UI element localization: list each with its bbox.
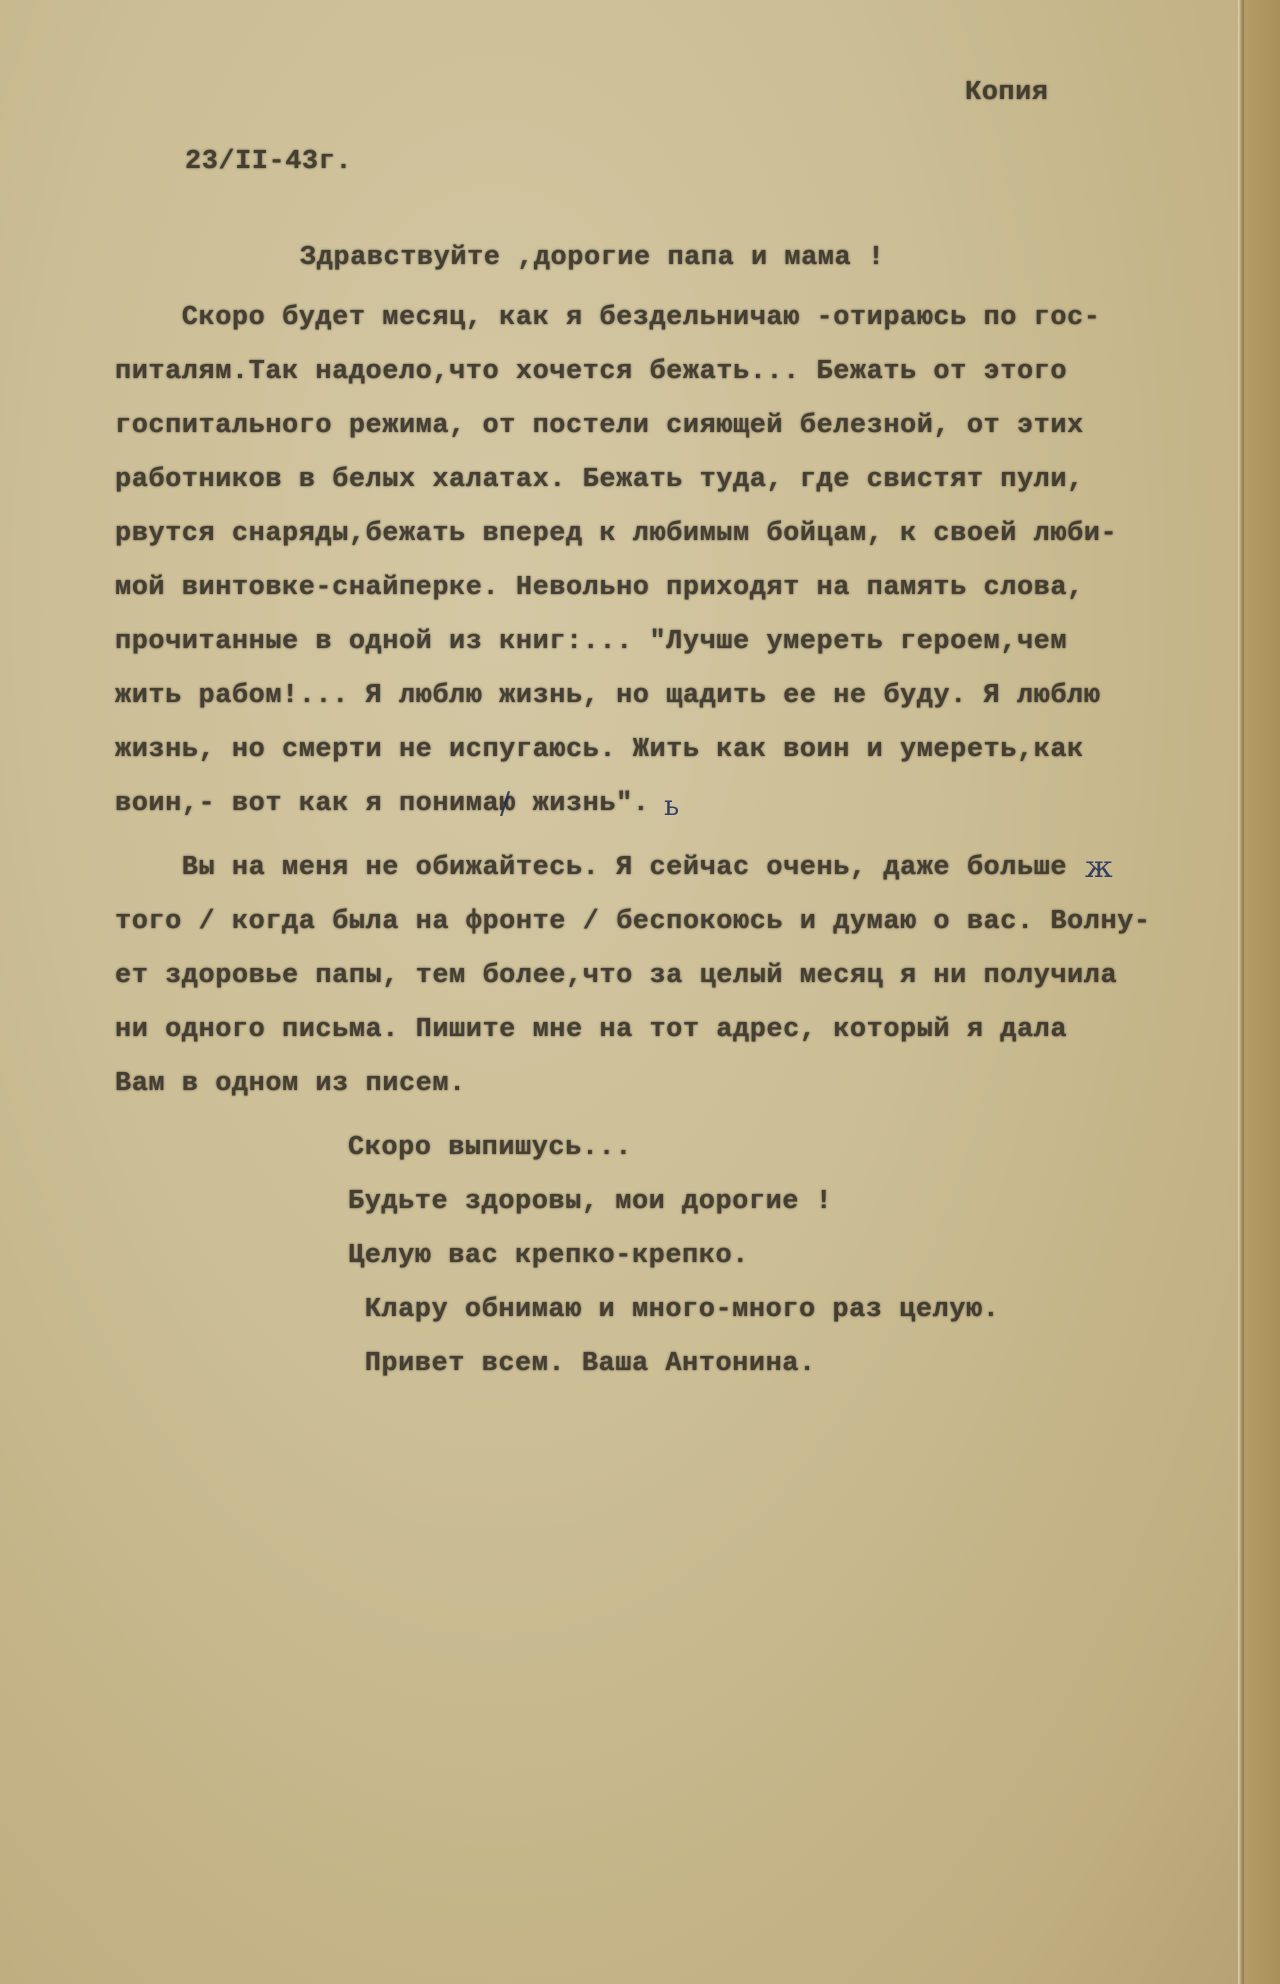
text-line: жизнь, но смерти не испугаюсь. Жить как … <box>115 735 1084 765</box>
text-line: жить рабом!... Я люблю жизнь, но щадить … <box>115 681 1100 711</box>
text-line: Вам в одном из писем. <box>115 1069 466 1099</box>
text-line: госпитального режима, от постели сияющей… <box>115 411 1084 441</box>
closing-line: Целую вас крепко-крепко. <box>348 1241 749 1271</box>
text-line: мой винтовке-снайперке. Невольно приходя… <box>115 573 1084 603</box>
pen-correction-letter: ж <box>1085 850 1113 885</box>
closing-line: Скоро выпишусь... <box>348 1133 632 1163</box>
letter-greeting: Здравствуйте ,дорогие папа и мама ! <box>300 243 885 273</box>
text-line: того / когда была на фронте / беспокоюсь… <box>115 907 1151 937</box>
text-line: ни одного письма. Пишите мне на тот адре… <box>115 1015 1067 1045</box>
pen-correction-letter: ь <box>664 789 680 822</box>
text-line: питалям.Так надоело,что хочется бежать..… <box>115 357 1067 387</box>
letter-date: 23/II-43г. <box>185 147 352 177</box>
closing-line: Клару обнимаю и много-много раз целую. <box>348 1295 999 1325</box>
paper-sheet <box>0 0 1240 1984</box>
text-line: Вы на меня не обижайтесь. Я сейчас очень… <box>115 853 1067 883</box>
signature-line: Привет всем. Ваша Антонина. <box>348 1349 816 1379</box>
text-line: работников в белых халатах. Бежать туда,… <box>115 465 1084 495</box>
text-line: воин,- вот как я понимаю жизнь". <box>115 789 649 819</box>
text-line: Скоро будет месяц, как я бездельничаю -о… <box>115 303 1100 333</box>
copy-label: Копия <box>965 78 1049 108</box>
closing-line: Будьте здоровы, мои дорогие ! <box>348 1187 832 1217</box>
text-line: прочитанные в одной из книг:... "Лучше у… <box>115 627 1067 657</box>
pen-correction-mark: / <box>500 786 511 821</box>
text-line: ет здоровье папы, тем более,что за целый… <box>115 961 1117 991</box>
folder-backing <box>1244 0 1280 1984</box>
text-line: рвутся снаряды,бежать вперед к любимым б… <box>115 519 1117 549</box>
